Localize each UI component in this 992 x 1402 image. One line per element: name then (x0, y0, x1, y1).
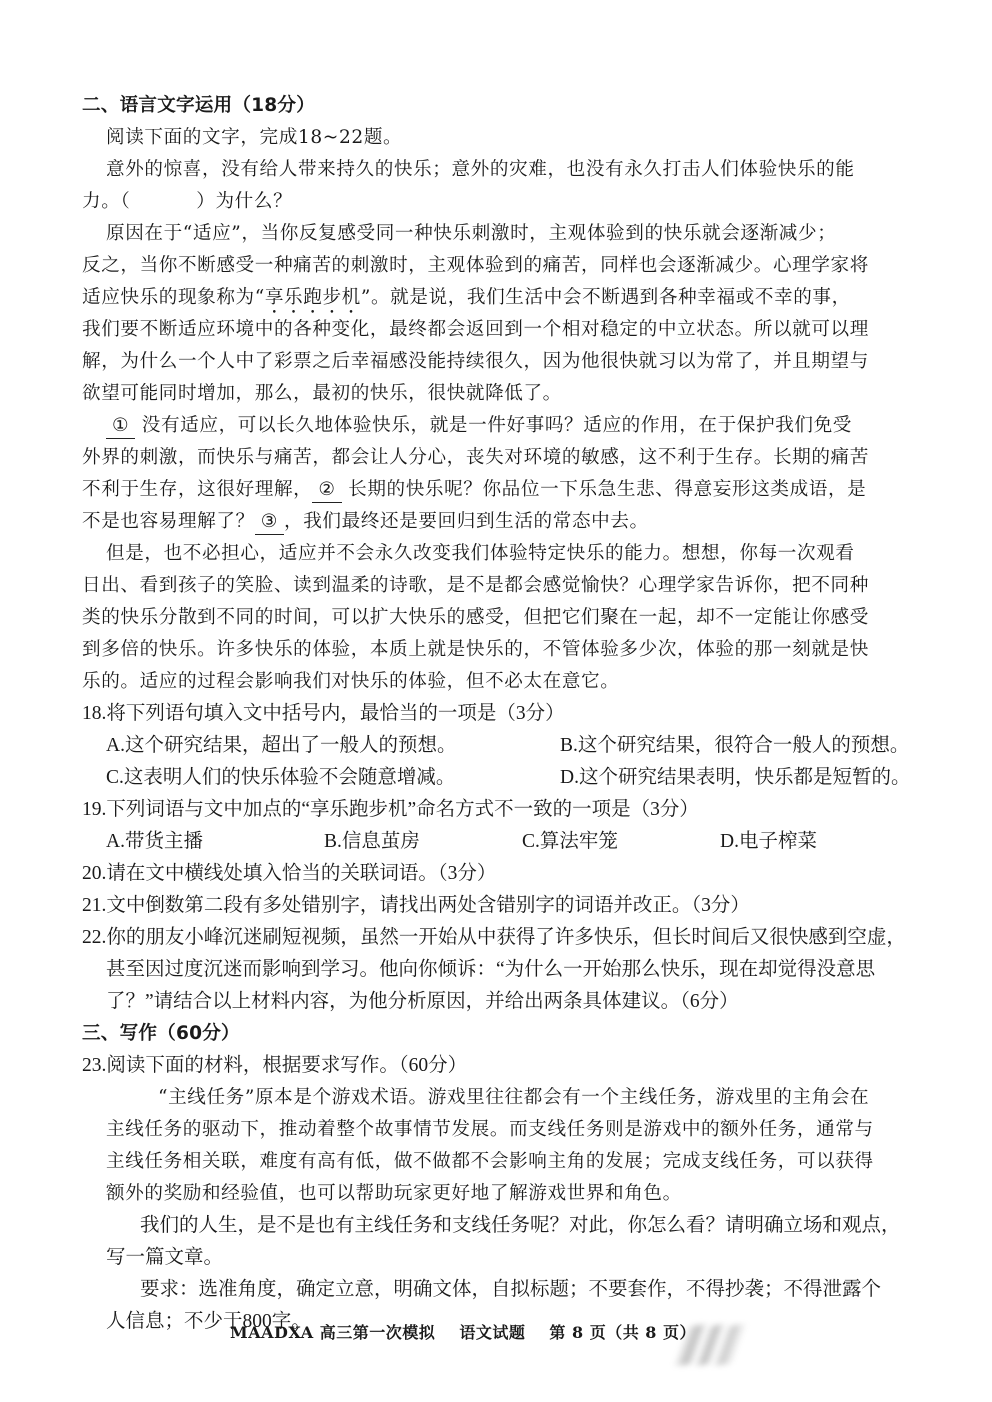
passage-p4-line: 乐的。适应的过程会影响我们对快乐的体验，但不必太在意它。 (82, 666, 902, 698)
writing-prompt-line: 写一篇文章。 (106, 1242, 926, 1274)
question-18-stem: 18.将下列语句填入文中括号内，最恰当的一项是（3分） (82, 698, 902, 730)
material-line: 主线任务的驱动下，推动着整个故事情节发展。而支线任务则是游戏中的额外任务，通常与 (106, 1114, 926, 1146)
requirements-line: 要求：选准角度，确定立意，明确文体，自拟标题；不要套作，不得抄袭；不得泄露个 (140, 1274, 960, 1306)
text: 不是也容易理解了？ (82, 511, 255, 532)
passage-p1-line: 意外的惊喜，没有给人带来持久的快乐；意外的灾难，也没有永久打击人们体验快乐的能 (106, 154, 926, 186)
question-22-line: 甚至因过度沉迷而影响到学习。他向你倾诉：“为什么一开始那么快乐，现在却觉得没意思 (106, 954, 926, 986)
exam-name: MAADXA 高三第一次模拟 (230, 1323, 435, 1342)
passage-p2-line: 解，为什么一个人中了彩票之后幸福感没能持续很久，因为他很快就习以为常了，并且期望… (82, 346, 902, 378)
exam-page: 二、语言文字运用（18分） 阅读下面的文字，完成18~22题。 意外的惊喜，没有… (0, 0, 992, 1402)
passage-p3-line: 不利于生存，这很好理解，② 长期的快乐呢？你品位一下乐急生悲、得意妄形这类成语，… (82, 474, 902, 506)
material-line: “主线任务”原本是个游戏术语。游戏里往往都会有一个主线任务，游戏里的主角会在 (158, 1082, 978, 1114)
passage-p2-line: 反之，当你不断感受一种痛苦的刺激时，主观体验到的痛苦，同样也会逐渐减少。心理学家… (82, 250, 902, 282)
section-3-title: 三、写作（60分） (82, 1018, 902, 1050)
fill-blank-1: ① (106, 414, 135, 439)
passage-p1-line: 力。（）为什么？ (82, 186, 902, 218)
passage-p2-line: 欲望可能同时增加，那么，最初的快乐，很快就降低了。 (82, 378, 902, 410)
material-line: 主线任务相关联，难度有高有低，做不做都不会影响主角的发展；完成支线任务，可以获得 (106, 1146, 926, 1178)
question-20-stem: 20.请在文中横线处填入恰当的关联词语。（3分） (82, 858, 902, 890)
emphasized-term: 享乐跑步机 (265, 287, 361, 308)
text: ”。就是说，我们生活中会不断遇到各种幸福或不幸的事， (361, 287, 851, 308)
passage-p3-line: 不是也容易理解了？③，我们最终还是要回归到生活的常态中去。 (82, 506, 902, 538)
fill-blank-2: ② (312, 478, 341, 503)
question-22-line: 了？”请结合以上材料内容，为他分析原因，并给出两条具体建议。（6分） (106, 986, 926, 1018)
text: ，我们最终还是要回归到生活的常态中去。 (284, 511, 649, 532)
passage-p2-line: 原因在于“适应”，当你反复感受同一种快乐刺激时，主观体验到的快乐就会逐渐减少； (106, 218, 926, 250)
text: 力。（ (82, 191, 130, 212)
option-c: C.算法牢笼 (522, 826, 618, 858)
option-d: D.电子榨菜 (720, 826, 817, 858)
passage-p3-line: ① 没有适应，可以长久地体验快乐，就是一件好事吗？适应的作用，在于保护我们免受 (106, 410, 926, 442)
scan-smudge (673, 1325, 748, 1365)
passage-p4-line: 但是，也不必担心，适应并不会永久改变我们体验特定快乐的能力。想想，你每一次观看 (106, 538, 926, 570)
page-footer: MAADXA 高三第一次模拟 语文试题 第 8 页（共 8 页） (230, 1320, 714, 1343)
option-c: C.这表明人们的快乐体验不会随意增减。 (106, 762, 455, 794)
passage-p2-line: 我们要不断适应环境中的各种变化，最终都会返回到一个相对稳定的中立状态。所以就可以… (82, 314, 902, 346)
page-number: 第 8 页（共 8 页） (549, 1323, 696, 1342)
text: 适应快乐的现象称为“ (82, 287, 265, 308)
question-21-stem: 21.文中倒数第二段有多处错别字，请找出两处含错别字的词语并改正。（3分） (82, 890, 902, 922)
reading-instruction: 阅读下面的文字，完成18~22题。 (106, 122, 926, 154)
fill-blank-3: ③ (255, 510, 284, 535)
question-23-stem: 23.阅读下面的材料，根据要求写作。（60分） (82, 1050, 902, 1082)
question-19-stem: 19.下列词语与文中加点的“享乐跑步机”命名方式不一致的一项是（3分） (82, 794, 902, 826)
option-b: B.信息茧房 (324, 826, 420, 858)
material-line: 额外的奖励和经验值，也可以帮助玩家更好地了解游戏世界和角色。 (106, 1178, 926, 1210)
passage-p4-line: 日出、看到孩子的笑脸、读到温柔的诗歌，是不是都会感觉愉快？心理学家告诉你，把不同… (82, 570, 902, 602)
passage-p2-line: 适应快乐的现象称为“享乐跑步机”。就是说，我们生活中会不断遇到各种幸福或不幸的事… (82, 282, 902, 318)
section-2-title: 二、语言文字运用（18分） (82, 90, 902, 122)
text: 没有适应，可以长久地体验快乐，就是一件好事吗？适应的作用，在于保护我们免受 (142, 415, 852, 436)
passage-p4-line: 类的快乐分散到不同的时间，可以扩大快乐的感受，但把它们聚在一起，却不一定能让你感… (82, 602, 902, 634)
subject-name: 语文试题 (459, 1323, 525, 1342)
text: 不利于生存，这很好理解， (82, 479, 312, 500)
question-22-line: 22.你的朋友小峰沉迷刷短视频，虽然一开始从中获得了许多快乐，但长时间后又很快感… (82, 922, 902, 954)
option-a: A.这个研究结果，超出了一般人的预想。 (106, 730, 456, 762)
option-b: B.这个研究结果，很符合一般人的预想。 (560, 730, 909, 762)
passage-p3-line: 外界的刺激，而快乐与痛苦，都会让人分心，丧失对环境的敏感，这不利于生存。长期的痛… (82, 442, 902, 474)
text: ）为什么？ (196, 191, 292, 212)
text: 长期的快乐呢？你品位一下乐急生悲、得意妄形这类成语，是 (348, 479, 866, 500)
writing-prompt-line: 我们的人生，是不是也有主线任务和支线任务呢？对此，你怎么看？请明确立场和观点， (140, 1210, 960, 1242)
option-d: D.这个研究结果表明，快乐都是短暂的。 (560, 762, 910, 794)
option-a: A.带货主播 (106, 826, 203, 858)
passage-p4-line: 到多倍的快乐。许多快乐的体验，本质上就是快乐的，不管体验多少次，体验的那一刻就是… (82, 634, 902, 666)
